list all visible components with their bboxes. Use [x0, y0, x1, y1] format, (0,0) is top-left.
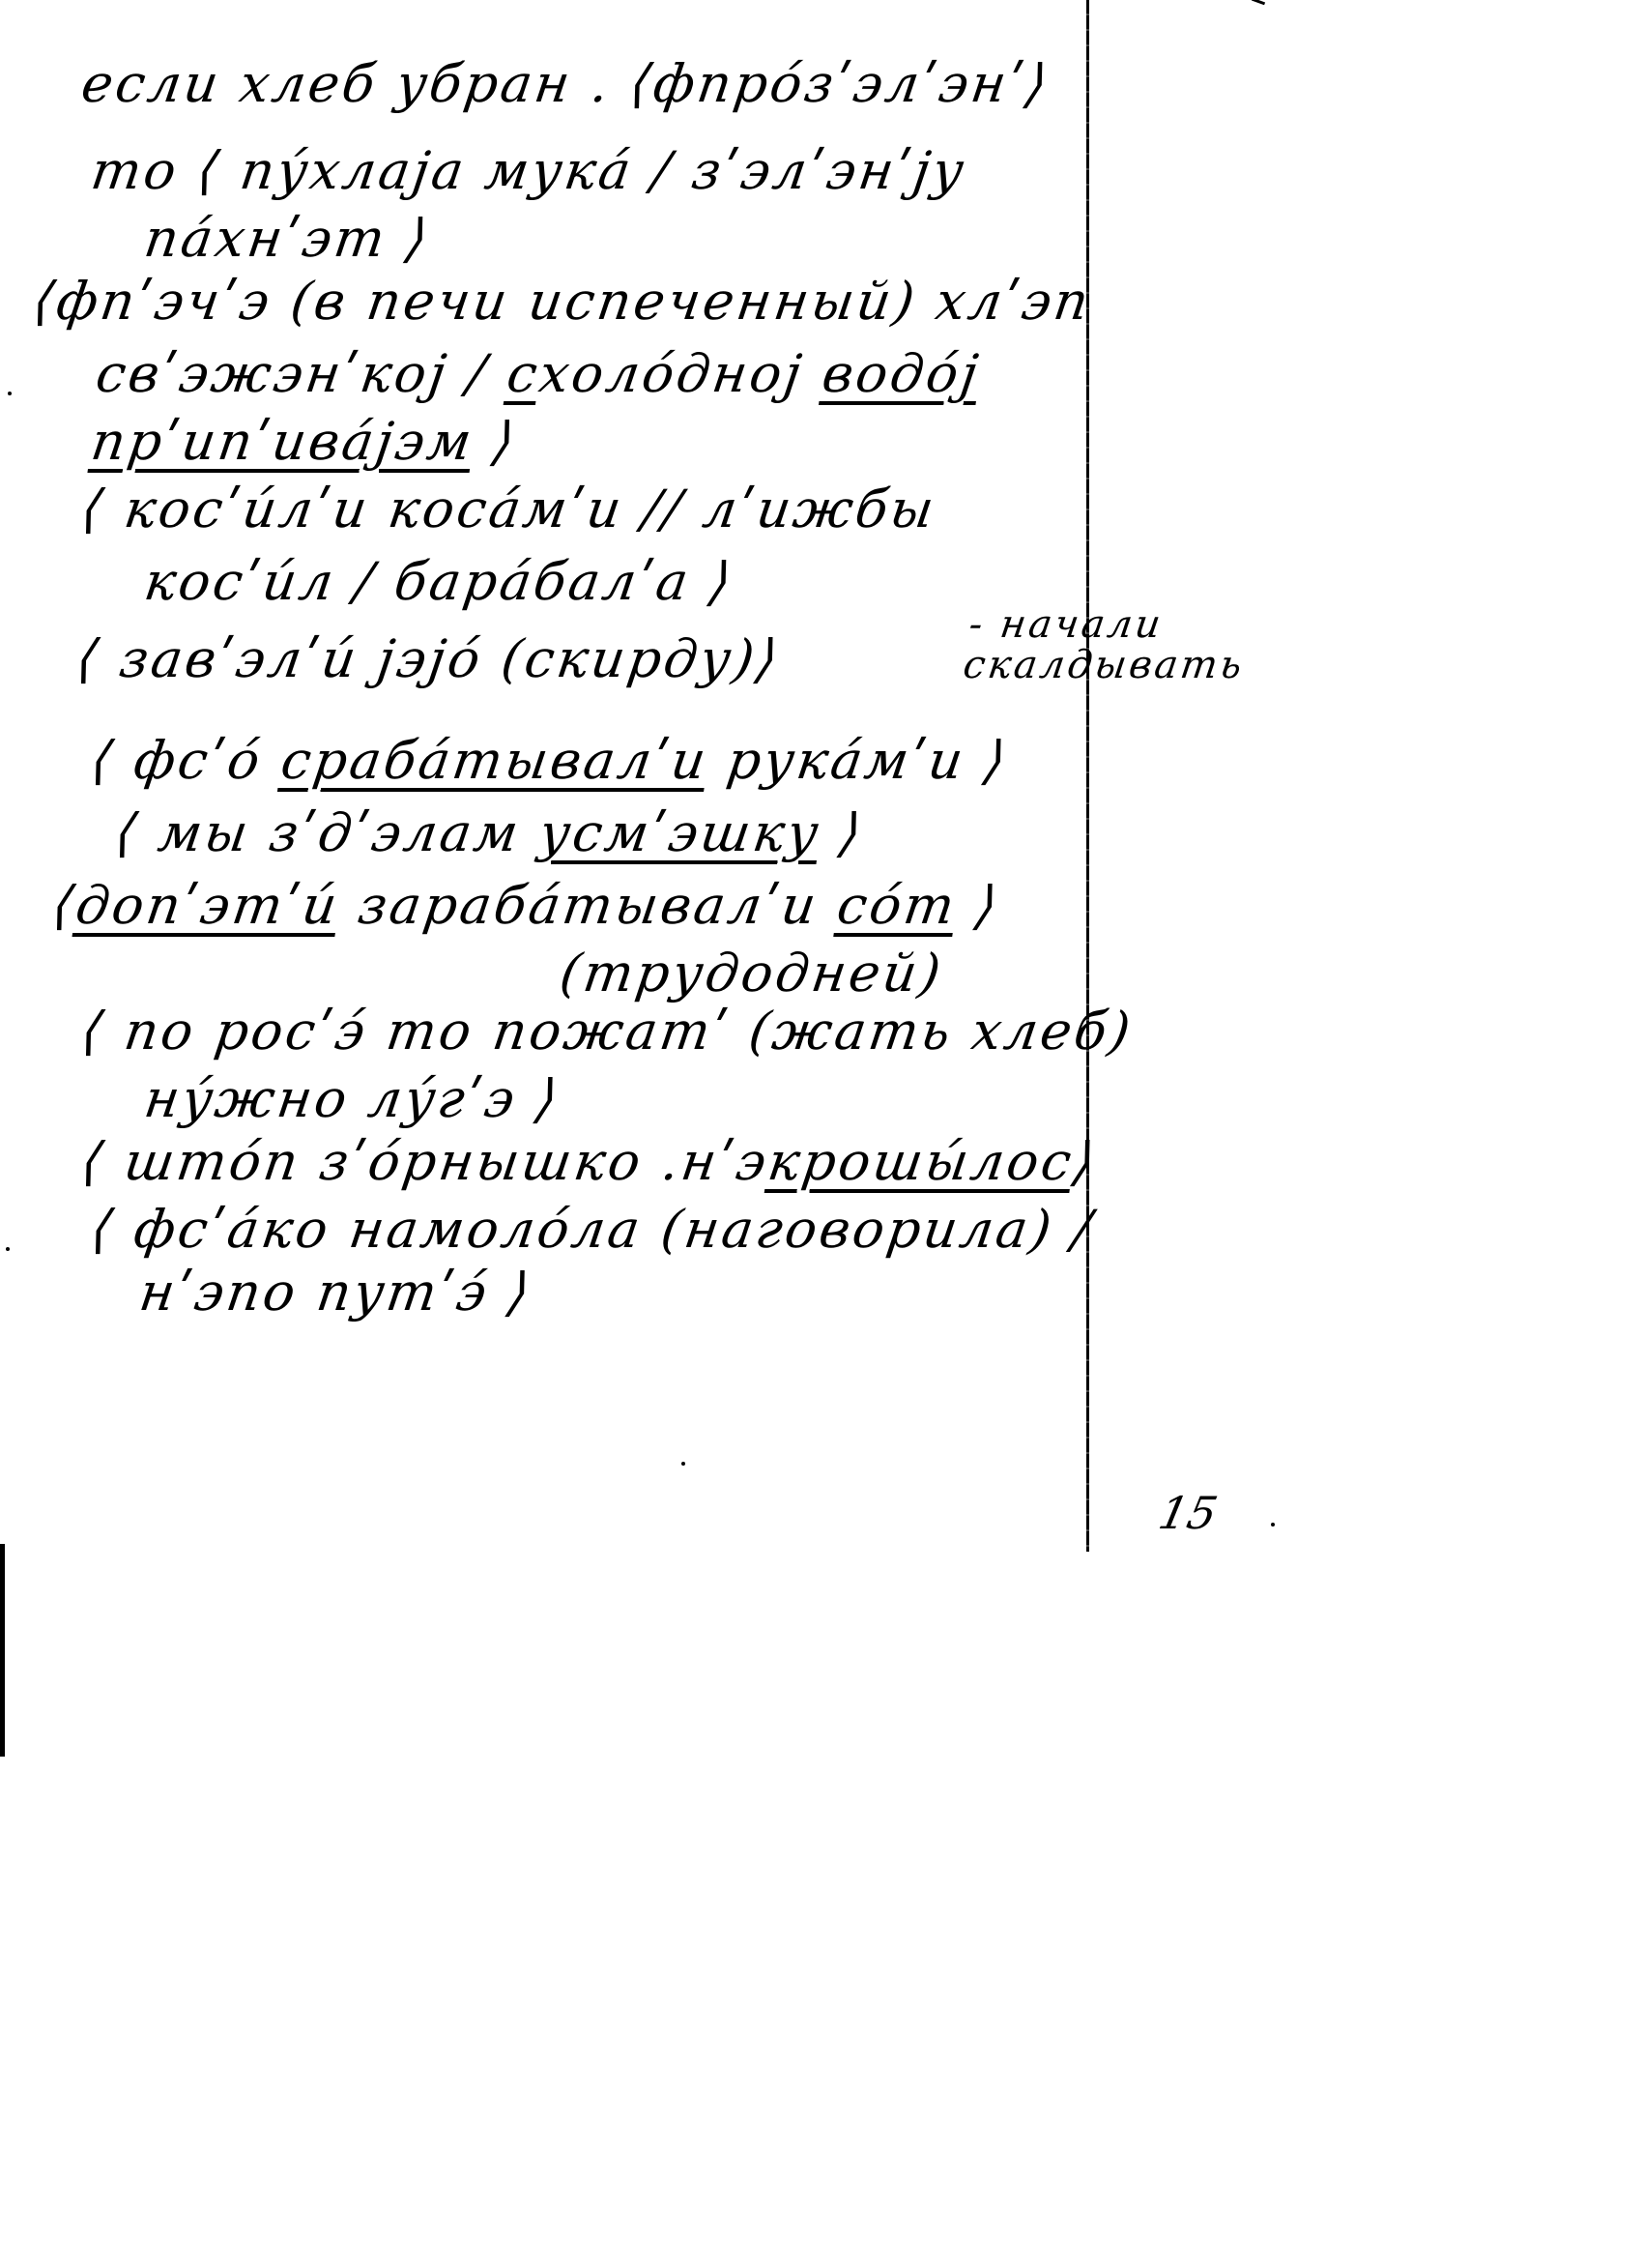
margin-line [1086, 0, 1089, 1552]
text-segment: зараба́тывалʹи [334, 875, 842, 936]
manuscript-line: нʹэпо путʹэ́ ⟩ [136, 1262, 536, 1323]
manuscript-line: ⟨ косʹи́лʹи коса́мʹи // лʹижбы [78, 479, 940, 539]
text-segment: то ⟨ пу́хлаја мука́ / зʹэлʹэнʹју [88, 140, 970, 201]
page-number: 15 [1154, 1487, 1222, 1539]
text-segment: ⟨ фсʹа́ко намоло́ла (наговорила) / [88, 1199, 1098, 1260]
manuscript-line: то ⟨ пу́хлаја мука́ / зʹэлʹэнʹју [88, 140, 970, 201]
manuscript-line: косʹи́л / бара́балʹа ⟩ [141, 551, 737, 612]
underlined-word: со́т [833, 875, 961, 936]
scan-speck [681, 1462, 685, 1466]
manuscript-line: ⟨ мы зʹдʹэлам усмʹэшку ⟩ [112, 802, 868, 863]
corner-mark [1252, 0, 1265, 5]
underlined-word: водо́ј [819, 343, 984, 404]
underlined-word: сраба́тывалʹи [277, 730, 712, 791]
underlined-word: усмʹэшку [535, 802, 824, 863]
scan-speck [1271, 1523, 1275, 1527]
text-segment: па́хнʹэт ⟩ [141, 208, 435, 269]
manuscript-line: прʹипʹива́јэм ⟩ [88, 411, 521, 472]
underlined-word: прʹипʹива́јэм [88, 411, 478, 472]
text-segment: ну́жно лу́гʹэ ⟩ [141, 1068, 564, 1129]
text-segment: рука́мʹи ⟩ [704, 730, 1012, 791]
manuscript-line: ⟨ по росʹэ́ то пожатʹ (жать хлеб) [78, 1001, 1138, 1061]
underlined-word: крошы́лос [764, 1131, 1078, 1192]
text-segment: косʹи́л / бара́балʹа ⟩ [141, 551, 737, 612]
text-segment: ⟩ [817, 802, 868, 863]
text-segment: ⟨ фсʹо́ [88, 730, 286, 791]
scan-speck [6, 1247, 10, 1251]
manuscript-line: ⟨ што́п зʹо́рнышко .нʹэкрошы́лос⟩ [78, 1131, 1102, 1192]
manuscript-line: ⟨ завʹэлʹи́ јэјо́ (скирду)⟩ [73, 628, 785, 689]
manuscript-line: (трудодней) [557, 943, 947, 1003]
text-segment: ⟩ [952, 875, 1003, 936]
text-segment: если хлеб убран . [78, 53, 635, 114]
scan-speck [8, 392, 12, 395]
text-segment: ⟨ косʹи́лʹи коса́мʹи // лʹижбы [78, 479, 940, 539]
manuscript-line: - начали скалдывать [961, 604, 1204, 685]
text-segment: ⟩ [470, 411, 521, 472]
manuscript-line: ⟨ фсʹа́ко намоло́ла (наговорила) / [88, 1199, 1098, 1260]
manuscript-line: ⟨допʹэтʹи́ зараба́тывалʹи со́т ⟩ [49, 875, 1004, 936]
underlined-word: допʹэтʹи́ [72, 875, 344, 936]
manuscript-line: свʹэжэнʹкој / схоло́дној водо́ј [93, 343, 985, 404]
text-segment: ⟨ мы зʹдʹэлам [112, 802, 545, 863]
text-segment: ⟨ по росʹэ́ то пожатʹ (жать хлеб) [78, 1001, 1138, 1061]
manuscript-line: ⟨фпʹэчʹэ (в печи испеченный) хлʹэп [30, 271, 1096, 332]
scan-edge-bar [0, 1544, 5, 1757]
manuscript-line: ну́жно лу́гʹэ ⟩ [141, 1068, 564, 1129]
text-segment: ⟨ завʹэлʹи́ јэјо́ (скирду)⟩ [73, 628, 785, 689]
manuscript-line: ⟨ фсʹо́ сраба́тывалʹи рука́мʹи ⟩ [88, 730, 1013, 791]
text-segment: свʹэжэнʹкој / [93, 343, 512, 404]
text-segment: ⟨фпʹэчʹэ (в печи испеченный) хлʹэп [30, 271, 1096, 332]
text-segment: (трудодней) [557, 943, 947, 1003]
text-segment: ⟨ што́п зʹо́рнышко .нʹэ [78, 1131, 773, 1192]
text-segment: ⟨фпро́зʹэлʹэнʹ⟩ [626, 53, 1053, 114]
text-segment: холо́дној [535, 343, 827, 404]
manuscript-line: па́хнʹэт ⟩ [141, 208, 435, 269]
text-segment: нʹэпо путʹэ́ ⟩ [136, 1262, 536, 1323]
manuscript-line: если хлеб убран . ⟨фпро́зʹэлʹэнʹ⟩ [78, 53, 1054, 114]
